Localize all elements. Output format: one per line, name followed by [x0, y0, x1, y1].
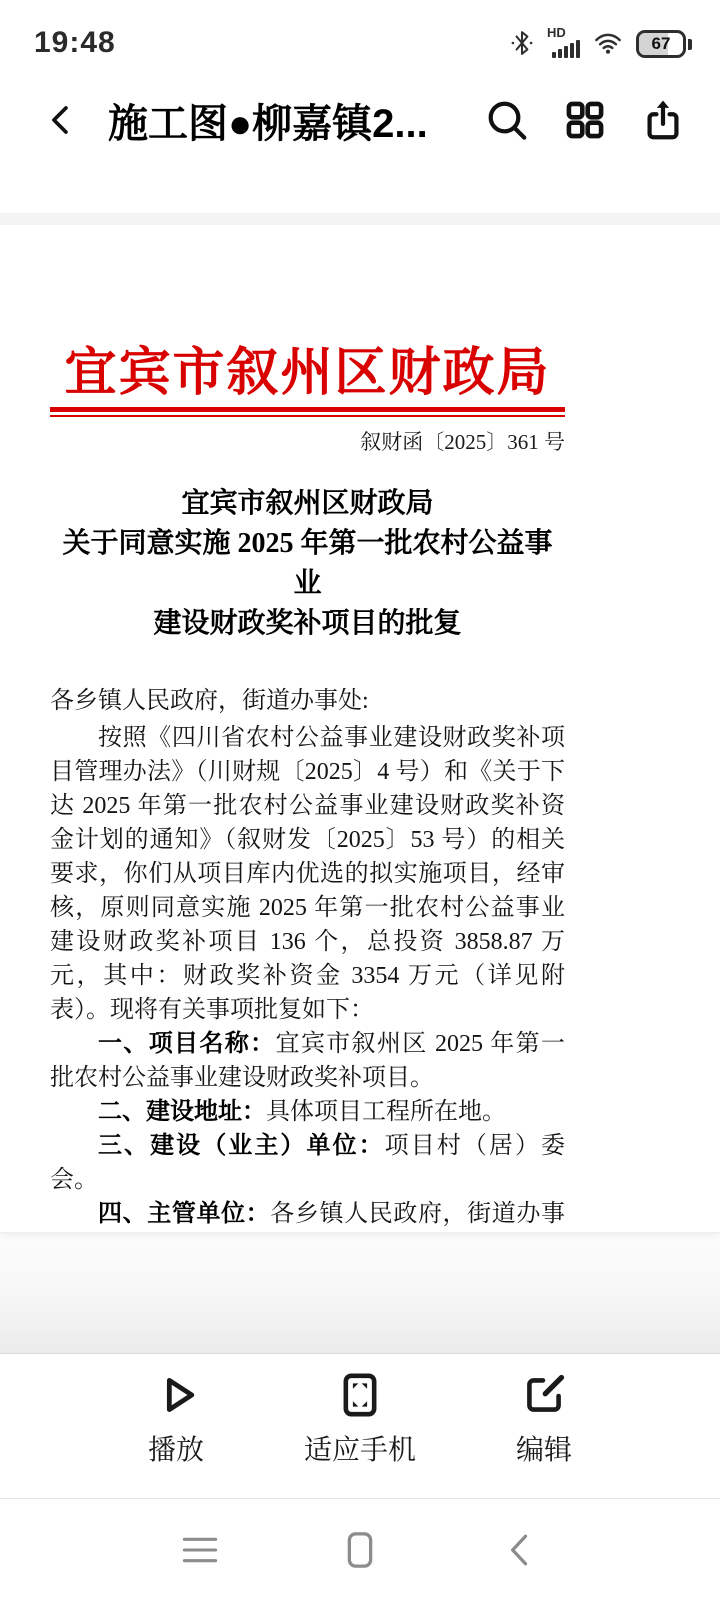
edit-label: 编辑	[516, 1428, 572, 1468]
nav-back-icon[interactable]	[498, 1528, 542, 1572]
salutation: 各乡镇人民政府，街道办事处:	[50, 684, 565, 718]
document-title-bar: 施工图●柳嘉镇2...	[108, 92, 484, 149]
edit-button[interactable]: 编辑	[474, 1370, 614, 1468]
back-icon[interactable]	[44, 98, 78, 142]
header-divider	[0, 213, 720, 225]
home-icon[interactable]	[338, 1528, 382, 1572]
list-item: 四、主管单位：各乡镇人民政府，街道办事处。	[50, 1197, 565, 1233]
menu-icon[interactable]	[178, 1528, 222, 1572]
hd-badge: HD	[547, 26, 566, 39]
fit-phone-button[interactable]: 适应手机	[290, 1370, 430, 1468]
body-paragraph: 按照《四川省农村公益事业建设财政奖补项目管理办法》（川财规〔2025〕4 号）和…	[50, 721, 565, 1027]
signal-bars-icon: HD	[546, 26, 580, 58]
edit-icon	[519, 1370, 569, 1420]
bottom-toolbar: 播放 适应手机 编辑	[0, 1353, 720, 1498]
grid-apps-icon[interactable]	[562, 97, 608, 143]
battery-percent: 67	[652, 34, 671, 54]
battery-icon: 67	[636, 30, 692, 58]
list-item: 三、建设（业主）单位：项目村（居）委会。	[50, 1129, 565, 1197]
play-label: 播放	[148, 1428, 204, 1468]
list-item: 二、建设地址：具体项目工程所在地。	[50, 1095, 565, 1129]
doc-body: 各乡镇人民政府，街道办事处: 按照《四川省农村公益事业建设财政奖补项目管理办法》…	[50, 684, 565, 1233]
page-backdrop	[0, 1233, 720, 1353]
play-icon	[151, 1370, 201, 1420]
app-bar: 施工图●柳嘉镇2...	[0, 64, 720, 176]
doc-title: 宜宾市叙州区财政局 关于同意实施 2025 年第一批农村公益事业 建设财政奖补项…	[50, 484, 565, 644]
document-page[interactable]: 宜宾市叙州区财政局 叙财函〔2025〕361 号 宜宾市叙州区财政局 关于同意实…	[0, 225, 720, 1233]
wifi-icon	[591, 30, 625, 58]
list-item: 一、项目名称：宜宾市叙州区 2025 年第一批农村公益事业建设财政奖补项目。	[50, 1027, 565, 1095]
letterhead-rule	[50, 407, 565, 417]
share-icon[interactable]	[640, 97, 686, 143]
status-bar: 19:48 HD	[0, 0, 720, 64]
fit-phone-icon	[335, 1370, 385, 1420]
phone-screen: 19:48 HD	[0, 0, 720, 1600]
bluetooth-icon	[509, 28, 535, 58]
doc-number: 叙财函〔2025〕361 号	[50, 426, 565, 456]
play-button[interactable]: 播放	[106, 1370, 246, 1468]
system-navbar	[0, 1498, 720, 1600]
search-icon[interactable]	[484, 97, 530, 143]
letterhead: 宜宾市叙州区财政局	[50, 345, 565, 402]
clock: 19:48	[34, 26, 116, 60]
fit-phone-label: 适应手机	[304, 1428, 416, 1468]
